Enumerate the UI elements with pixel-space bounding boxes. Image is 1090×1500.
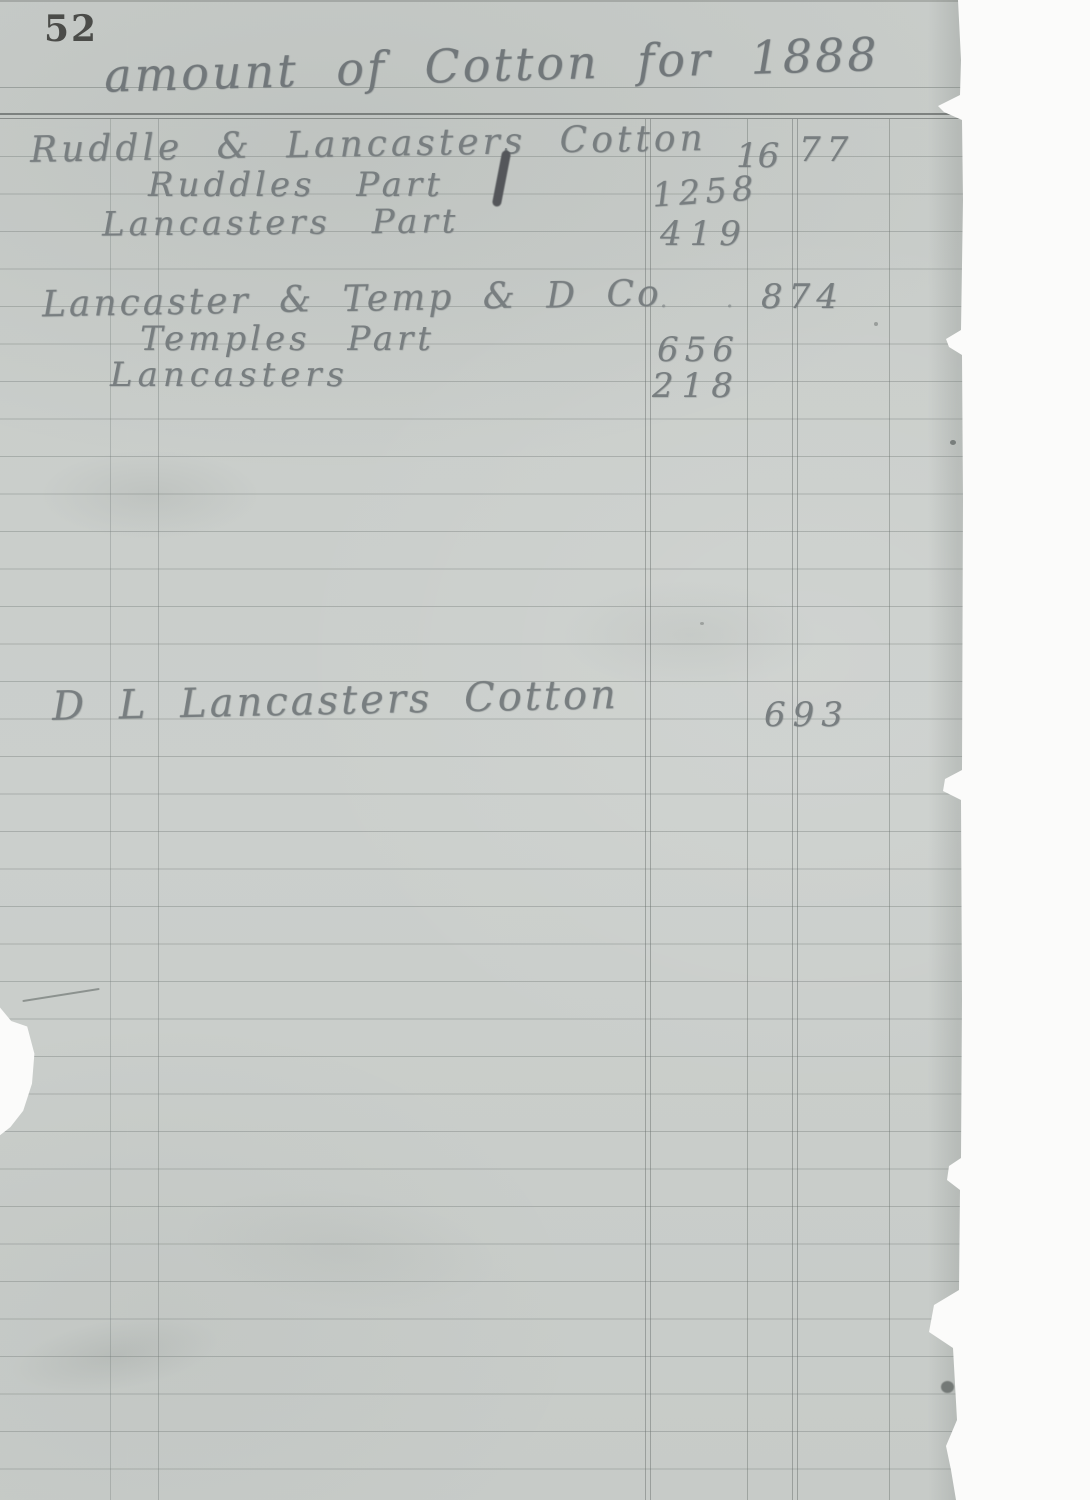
- ink-speck: [950, 440, 956, 445]
- entry-name: Lancasters: [110, 355, 349, 395]
- header-double-rule-bottom: [0, 118, 963, 119]
- cash-column-rule-1a: [645, 119, 646, 1500]
- cash-column-rule-1b: [650, 119, 651, 1500]
- cash-column-rule-3a: [792, 119, 793, 1500]
- entry-amount: 218: [652, 366, 741, 406]
- page-number: 52: [44, 8, 98, 50]
- left-margin-rule-1: [110, 119, 111, 1500]
- entry-dots-mark: . .: [660, 288, 759, 313]
- scanned-ledger-page: 52 amount of Cotton for 1888 Ruddle & La…: [0, 0, 1090, 1500]
- cash-column-rule-4: [889, 119, 890, 1500]
- entry-amount: 874: [761, 277, 844, 317]
- entry-amount: 419: [660, 214, 749, 254]
- entry-amount: 693: [764, 695, 850, 735]
- ledger-paper-sheet: 52 amount of Cotton for 1888 Ruddle & La…: [0, 0, 1090, 1500]
- entry-amount: 77: [799, 130, 854, 170]
- ink-speck: [700, 622, 704, 625]
- handwritten-title: amount of Cotton for 1888: [103, 27, 880, 103]
- cash-column-rule-2: [747, 119, 748, 1500]
- entry-amount: 1258: [651, 168, 760, 215]
- paper-top-edge: [0, 0, 963, 2]
- entry-name: Lancasters Part: [102, 201, 460, 244]
- entry-name: Ruddles Part: [148, 165, 444, 205]
- cash-column-rule-3b: [797, 119, 798, 1500]
- ink-speck: [874, 322, 878, 326]
- entry-amount: 656: [657, 330, 740, 370]
- header-double-rule-top: [0, 113, 963, 115]
- entry-name: Temples Part: [140, 319, 435, 359]
- ink-speck: [941, 1381, 954, 1393]
